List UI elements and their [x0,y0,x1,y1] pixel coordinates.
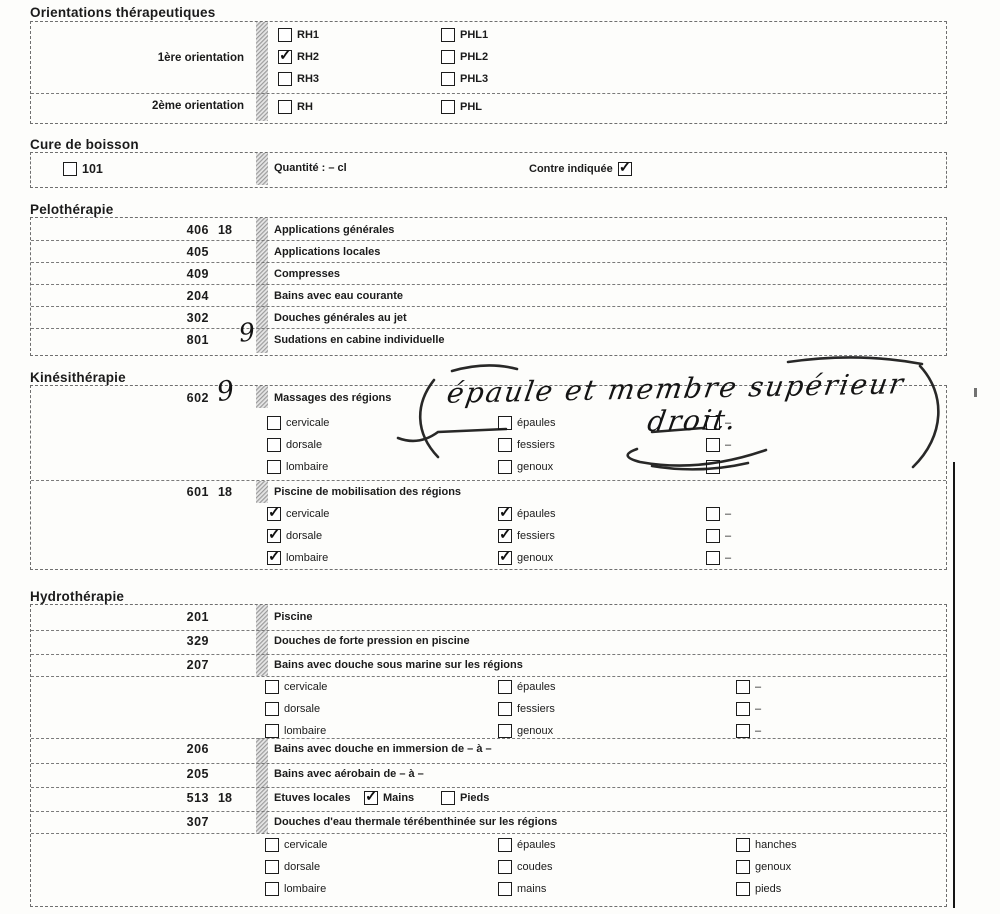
treatment-code: 205 [141,767,271,781]
checkbox-icon[interactable] [498,551,512,565]
checkbox-icon[interactable] [265,680,279,694]
checkbox-icon[interactable] [441,791,455,805]
checkbox-icon[interactable] [736,724,750,738]
checkbox-other-region[interactable]: – [706,529,731,543]
checkbox-fessiers[interactable]: fessiers [498,702,555,716]
checkbox-icon[interactable] [706,438,720,452]
checkbox-label: lombaire [286,461,328,473]
treatment-label: Applications générales [274,224,394,236]
checkbox-cervicale[interactable]: cervicale [267,416,329,430]
code-value: 513 [141,791,209,805]
checkbox-icon[interactable] [441,50,455,64]
checkbox-label: PHL3 [460,73,488,85]
checkbox-icon[interactable] [441,28,455,42]
row-divider [31,480,946,481]
section-title-kinesitherapie: Kinésithérapie [30,370,126,385]
checkbox-label: lombaire [286,552,328,564]
checkbox-lombaire[interactable]: lombaire [267,460,328,474]
row-divider [31,262,946,263]
checkbox-icon[interactable] [267,460,281,474]
checkbox-label: RH1 [297,29,319,41]
checkbox-icon[interactable] [498,529,512,543]
checkbox-label: dorsale [286,439,322,451]
checkbox-contre-indiquee[interactable]: Contre indiquée [529,162,632,176]
section-title-hydrotherapie: Hydrothérapie [30,589,124,604]
treatment-code: 307 [141,815,271,829]
checkbox-label: mains [517,883,546,895]
checkbox-label: genoux [517,461,553,473]
checkbox-mains[interactable]: mains [498,882,546,896]
checkbox-other-region[interactable]: – [706,507,731,521]
code-value: 307 [141,815,209,829]
checkbox-genoux[interactable]: genoux [498,460,553,474]
checkbox-icon[interactable] [267,507,281,521]
checkbox-icon[interactable] [498,838,512,852]
checkbox-other-region[interactable]: – [736,702,761,716]
treatment-label: Piscine de mobilisation des régions [274,486,461,498]
checkbox-label: Mains [383,792,414,804]
hydrotherapie-box: 201 Piscine 329 Douches de forte pressio… [30,604,947,907]
checkbox-lombaire[interactable]: lombaire [265,882,326,896]
checkbox-label: cervicale [284,839,327,851]
checkbox-icon[interactable] [498,460,512,474]
treatment-code: 206 [141,742,271,756]
hatch-strip [256,153,268,185]
treatment-label: Bains avec aérobain de – à – [274,768,424,780]
handwritten-sessions: 9 [215,375,236,408]
code-value: 206 [141,742,209,756]
treatment-code: 513 18 [141,791,271,805]
sessions-value [209,311,218,325]
code-value: 602 [141,391,209,405]
checkbox-label: – [725,552,731,564]
checkbox-icon[interactable] [441,100,455,114]
checkbox-rh[interactable]: RH [278,100,313,114]
checkbox-label: PHL2 [460,51,488,63]
row-divider [31,833,946,834]
sessions-value [209,245,218,259]
checkbox-dorsale[interactable]: dorsale [267,529,322,543]
sessions-value: 18 [209,791,232,805]
kinesitherapie-box: 602 9 Massages des régions cervicale dor… [30,385,947,570]
checkbox-label: genoux [517,552,553,564]
checkbox-dorsale[interactable]: dorsale [267,438,322,452]
checkbox-label: – [755,703,761,715]
checkbox-icon[interactable] [267,529,281,543]
checkbox-icon[interactable] [498,860,512,874]
sessions-value [209,267,218,281]
row-divider [31,306,946,307]
scan-artifact-mark [974,388,977,397]
checkbox-icon[interactable] [63,162,77,176]
checkbox-label: – [725,508,731,520]
treatment-code: 207 [141,658,271,672]
checkbox-coudes[interactable]: coudes [498,860,552,874]
checkbox-lombaire[interactable]: lombaire [265,724,326,738]
checkbox-label: – [725,530,731,542]
checkbox-label: RH2 [297,51,319,63]
checkbox-pieds[interactable]: Pieds [441,791,489,805]
checkbox-phl3[interactable]: PHL3 [441,72,488,86]
row-divider [31,328,946,329]
code-value: 409 [141,267,209,281]
checkbox-label: Pieds [460,792,489,804]
row-divider [31,240,946,241]
checkbox-101[interactable]: 101 [63,162,103,176]
treatment-code: 409 [141,267,271,281]
checkbox-label: épaules [517,508,556,520]
code-label: 101 [82,162,103,176]
checkbox-label: pieds [755,883,781,895]
code-value: 406 [141,223,209,237]
second-orientation-label: 2ème orientation [31,100,244,112]
checkbox-icon[interactable] [278,100,292,114]
code-value: 205 [141,767,209,781]
hatch-strip [256,22,268,121]
checkbox-label: dorsale [284,861,320,873]
checkbox-pieds[interactable]: pieds [736,882,781,896]
checkbox-label: – [755,681,761,693]
checkbox-label: – [755,725,761,737]
treatment-label: Bains avec douche en immersion de – à – [274,743,492,755]
handwritten-annotation-line2: droit. [645,403,740,438]
checkbox-label: PHL1 [460,29,488,41]
checkbox-label: dorsale [286,530,322,542]
treatment-code: 601 18 [141,485,271,499]
checkbox-icon[interactable] [498,724,512,738]
checkbox-rh3[interactable]: RH3 [278,72,319,86]
section-title-cure: Cure de boisson [30,137,139,152]
row-divider [31,763,946,764]
checkbox-icon[interactable] [265,860,279,874]
row-divider [31,787,946,788]
checkbox-icon[interactable] [278,28,292,42]
checkbox-epaules[interactable]: épaules [498,838,556,852]
checkbox-genoux[interactable]: genoux [498,551,553,565]
checkbox-icon[interactable] [706,551,720,565]
checkbox-icon[interactable] [267,416,281,430]
treatment-code: 405 [141,245,271,259]
treatment-code: 329 [141,634,271,648]
row-divider [31,654,946,655]
sessions-value [209,289,218,303]
treatment-label: Etuves locales [274,792,350,804]
scan-artifact-line [953,462,955,908]
checkbox-icon[interactable] [498,680,512,694]
checkbox-other-region[interactable]: – [736,724,761,738]
checkbox-label: cervicale [286,417,329,429]
checkbox-icon[interactable] [618,162,632,176]
checkbox-fessiers[interactable]: fessiers [498,529,555,543]
section-title-orientations: Orientations thérapeutiques [30,5,215,20]
treatment-label: Douches de forte pression en piscine [274,635,470,647]
code-value: 201 [141,610,209,624]
checkbox-label: – [725,439,731,451]
treatment-label: Bains avec eau courante [274,290,403,302]
checkbox-icon[interactable] [278,72,292,86]
checkbox-icon[interactable] [265,882,279,896]
checkbox-icon[interactable] [498,416,512,430]
section-title-pelotherapie: Pelothérapie [30,202,113,217]
checkbox-fessiers[interactable]: fessiers [498,438,555,452]
checkbox-epaules[interactable]: épaules [498,680,556,694]
checkbox-genoux[interactable]: genoux [498,724,553,738]
code-value: 405 [141,245,209,259]
treatment-label: Douches d'eau thermale térébenthinée sur… [274,816,557,828]
sessions-value: 18 [209,223,232,237]
checkbox-icon[interactable] [364,791,378,805]
checkbox-other-region[interactable]: – [706,438,731,452]
checkbox-cervicale[interactable]: cervicale [267,507,329,521]
checkbox-other-region[interactable]: – [736,680,761,694]
checkbox-label: cervicale [286,508,329,520]
checkbox-phl2[interactable]: PHL2 [441,50,488,64]
code-value: 601 [141,485,209,499]
code-value: 801 [141,333,209,347]
treatment-label: Douches générales au jet [274,312,407,324]
checkbox-label: RH [297,101,313,113]
code-value: 302 [141,311,209,325]
row-divider [31,676,946,677]
code-value: 329 [141,634,209,648]
sessions-value: 18 [209,485,232,499]
checkbox-label: RH3 [297,73,319,85]
checkbox-label: – [725,461,731,473]
treatment-code: 406 18 [141,223,271,237]
checkbox-phl[interactable]: PHL [441,100,482,114]
checkbox-label: dorsale [284,703,320,715]
checkbox-cervicale[interactable]: cervicale [265,838,327,852]
checkbox-icon[interactable] [706,529,720,543]
checkbox-dorsale[interactable]: dorsale [265,702,320,716]
row-divider [31,284,946,285]
checkbox-icon[interactable] [706,507,720,521]
treatment-label: Compresses [274,268,340,280]
checkbox-label: lombaire [284,883,326,895]
scanned-therapy-form: Orientations thérapeutiques 1ère orienta… [0,0,1000,914]
quantity-label: Quantité : – cl [274,162,347,174]
checkbox-icon[interactable] [736,860,750,874]
treatment-label: Applications locales [274,246,380,258]
pelotherapie-box: 406 18 Applications générales 405 Applic… [30,217,947,356]
row-divider [31,738,946,739]
code-value: 204 [141,289,209,303]
treatment-code: 201 [141,610,271,624]
checkbox-label: genoux [755,861,791,873]
checkbox-label: lombaire [284,725,326,737]
treatment-label: Bains avec douche sous marine sur les ré… [274,659,523,671]
checkbox-icon[interactable] [441,72,455,86]
row-divider [31,93,946,94]
checkbox-label: fessiers [517,530,555,542]
checkbox-icon[interactable] [267,438,281,452]
checkbox-rh2[interactable]: RH2 [278,50,319,64]
first-orientation-label: 1ère orientation [31,52,244,64]
checkbox-label: fessiers [517,439,555,451]
checkbox-lombaire[interactable]: lombaire [267,551,328,565]
checkbox-icon[interactable] [736,882,750,896]
checkbox-label: PHL [460,101,482,113]
checkbox-label: cervicale [284,681,327,693]
checkbox-icon[interactable] [265,702,279,716]
checkbox-icon[interactable] [736,702,750,716]
checkbox-icon[interactable] [498,882,512,896]
checkbox-icon[interactable] [736,680,750,694]
checkbox-icon[interactable] [267,551,281,565]
checkbox-label: épaules [517,681,556,693]
checkbox-label: épaules [517,839,556,851]
checkbox-label: coudes [517,861,552,873]
checkbox-icon[interactable] [736,838,750,852]
checkbox-label: Contre indiquée [529,163,613,175]
checkbox-icon[interactable] [265,838,279,852]
checkbox-mains[interactable]: Mains [364,791,414,805]
checkbox-other-region[interactable]: – [706,551,731,565]
row-divider [31,630,946,631]
checkbox-cervicale[interactable]: cervicale [265,680,327,694]
checkbox-icon[interactable] [265,724,279,738]
checkbox-icon[interactable] [498,702,512,716]
row-divider [31,811,946,812]
treatment-label: Sudations en cabine individuelle [274,334,445,346]
cure-box: 101 Quantité : – cl Contre indiquée [30,152,947,188]
treatment-code: 602 [141,391,271,405]
checkbox-hanches[interactable]: hanches [736,838,797,852]
treatment-label: Massages des régions [274,392,391,404]
checkbox-icon[interactable] [706,460,720,474]
checkbox-icon[interactable] [278,50,292,64]
checkbox-icon[interactable] [498,507,512,521]
checkbox-label: hanches [755,839,797,851]
handwritten-sessions: 9 [238,317,257,348]
checkbox-phl1[interactable]: PHL1 [441,28,488,42]
treatment-label: Piscine [274,611,313,623]
checkbox-epaules[interactable]: épaules [498,416,556,430]
checkbox-epaules[interactable]: épaules [498,507,556,521]
checkbox-label: genoux [517,725,553,737]
checkbox-other-region[interactable]: – [706,460,731,474]
checkbox-label: fessiers [517,703,555,715]
treatment-code: 204 [141,289,271,303]
checkbox-rh1[interactable]: RH1 [278,28,319,42]
checkbox-icon[interactable] [498,438,512,452]
orientations-box: 1ère orientation 2ème orientation RH1 RH… [30,21,947,124]
checkbox-genoux[interactable]: genoux [736,860,791,874]
code-value: 207 [141,658,209,672]
checkbox-dorsale[interactable]: dorsale [265,860,320,874]
checkbox-label: épaules [517,417,556,429]
